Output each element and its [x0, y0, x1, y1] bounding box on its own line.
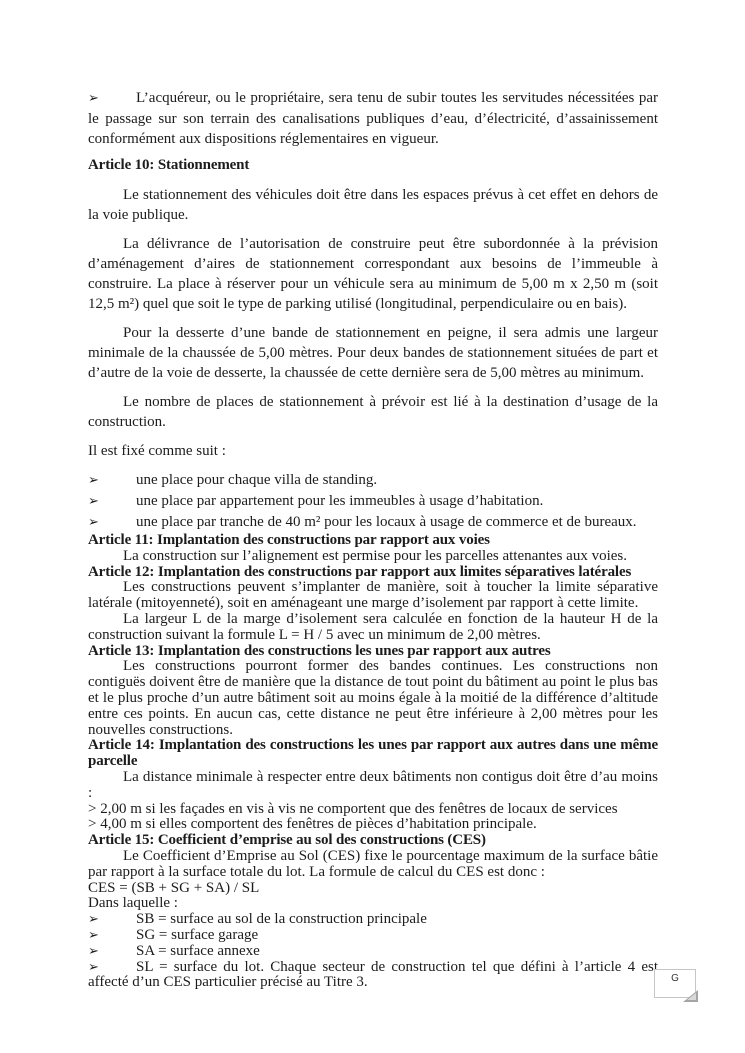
bullet-text: une place pour chaque villa de standing.: [136, 472, 377, 488]
paragraph: Les constructions peuvent s’implanter de…: [88, 580, 658, 612]
bullet-text: SL = surface du lot. Chaque secteur de c…: [88, 959, 658, 991]
list-arrow-icon: ➢: [88, 492, 136, 512]
document-page: ➢L’acquéreur, ou le propriétaire, sera t…: [0, 0, 745, 1053]
paragraph: Les constructions pourront former des ba…: [88, 659, 658, 738]
bullet-item: ➢une place par appartement pour les imme…: [88, 491, 658, 512]
bullet-item: ➢SL = surface du lot. Chaque secteur de …: [88, 960, 658, 992]
paragraph: Le Coefficient d’Emprise au Sol (CES) fi…: [88, 849, 658, 881]
paragraph: Il est fixé comme suit :: [88, 441, 658, 461]
list-arrow-icon: ➢: [88, 928, 136, 944]
article-heading: Article 12: Implantation des constructio…: [88, 565, 658, 581]
paragraph: > 4,00 m si elles comportent des fenêtre…: [88, 817, 658, 833]
bullet-text: une place par tranche de 40 m² pour les …: [136, 514, 637, 530]
bullet-item: ➢une place pour chaque villa de standing…: [88, 470, 658, 491]
article-heading: Article 10: Stationnement: [88, 155, 658, 175]
bullet-item: ➢SG = surface garage: [88, 928, 658, 944]
list-arrow-icon: ➢: [88, 960, 136, 976]
paragraph: > 2,00 m si les façades en vis à vis ne …: [88, 802, 658, 818]
list-arrow-icon: ➢: [88, 513, 136, 533]
article-heading: Article 13: Implantation des constructio…: [88, 644, 658, 660]
list-arrow-icon: ➢: [88, 912, 136, 928]
paragraph: Pour la desserte d’une bande de stationn…: [88, 323, 658, 383]
bullet-text: SB = surface au sol de la construction p…: [136, 911, 427, 927]
paragraph: La largeur L de la marge d’isolement ser…: [88, 612, 658, 644]
paragraph: Le nombre de places de stationnement à p…: [88, 392, 658, 432]
paragraph: Dans laquelle :: [88, 896, 658, 912]
bullet-text: SA = surface annexe: [136, 943, 260, 959]
bullet-item: ➢une place par tranche de 40 m² pour les…: [88, 512, 658, 533]
paragraph: La distance minimale à respecter entre d…: [88, 770, 658, 802]
page-marker-box: G: [654, 969, 696, 998]
page-marker-label: G: [671, 973, 679, 984]
bullet-text: une place par appartement pour les immeu…: [136, 493, 543, 509]
article-heading: Article 15: Coefficient d’emprise au sol…: [88, 833, 658, 849]
paragraph: La délivrance de l’autorisation de const…: [88, 234, 658, 314]
bullet-item: ➢SB = surface au sol de la construction …: [88, 912, 658, 928]
list-arrow-icon: ➢: [88, 944, 136, 960]
paragraph: La construction sur l’alignement est per…: [88, 549, 658, 565]
bullet-text: L’acquéreur, ou le propriétaire, sera te…: [88, 90, 658, 147]
paragraph: Le stationnement des véhicules doit être…: [88, 185, 658, 225]
bullet-item: ➢SA = surface annexe: [88, 944, 658, 960]
paragraph: CES = (SB + SG + SA) / SL: [88, 881, 658, 897]
bullet-text: SG = surface garage: [136, 927, 258, 943]
document-content: ➢L’acquéreur, ou le propriétaire, sera t…: [88, 88, 658, 991]
folded-corner-highlight: [687, 993, 696, 1000]
bullet-item: ➢L’acquéreur, ou le propriétaire, sera t…: [88, 88, 658, 149]
article-heading: Article 11: Implantation des constructio…: [88, 533, 658, 549]
article-heading: Article 14: Implantation des constructio…: [88, 738, 658, 770]
list-arrow-icon: ➢: [88, 89, 136, 109]
list-arrow-icon: ➢: [88, 471, 136, 491]
